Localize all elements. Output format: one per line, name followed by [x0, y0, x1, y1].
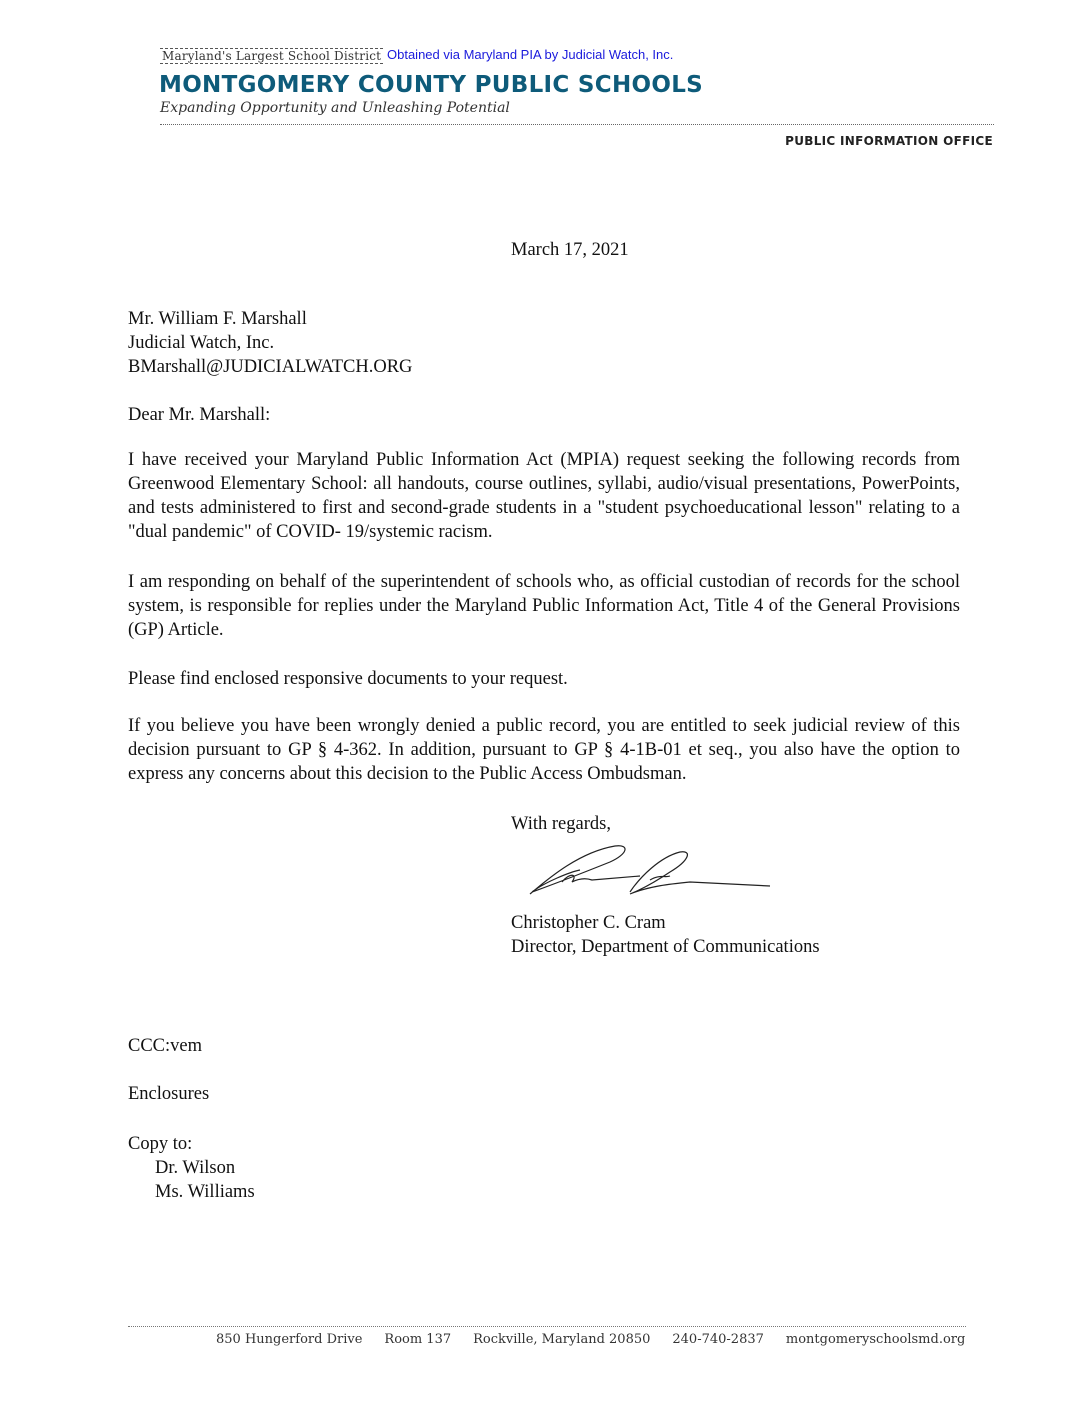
office-name: PUBLIC INFORMATION OFFICE: [785, 134, 993, 148]
enclosures: Enclosures: [128, 1082, 209, 1106]
watermark-text: Obtained via Maryland PIA by Judicial Wa…: [387, 47, 673, 62]
closing: With regards,: [511, 812, 611, 836]
paragraph-enclosed: Please find enclosed responsive document…: [128, 667, 960, 691]
recipient-organization: Judicial Watch, Inc.: [128, 331, 412, 355]
slogan: Expanding Opportunity and Unleashing Pot…: [160, 100, 510, 116]
copy-to-label: Copy to:: [128, 1132, 255, 1156]
signature-image: [520, 842, 790, 909]
signer-name: Christopher C. Cram: [511, 911, 820, 935]
paragraph-appeal: If you believe you have been wrongly den…: [128, 714, 960, 786]
paragraph-custodian: I am responding on behalf of the superin…: [128, 570, 960, 642]
district-tagline: Maryland's Largest School District: [160, 48, 383, 64]
footer-phone: 240-740-2837: [672, 1332, 764, 1347]
copy-to-block: Copy to: Dr. Wilson Ms. Williams: [128, 1132, 255, 1204]
recipient-name: Mr. William F. Marshall: [128, 307, 412, 331]
initials: CCC:vem: [128, 1034, 202, 1058]
salutation: Dear Mr. Marshall:: [128, 403, 270, 427]
paragraph-request: I have received your Maryland Public Inf…: [128, 448, 960, 544]
footer-room: Room 137: [384, 1332, 451, 1347]
footer-city: Rockville, Maryland 20850: [473, 1332, 650, 1347]
recipient-address: Mr. William F. Marshall Judicial Watch, …: [128, 307, 412, 379]
recipient-email: BMarshall@JUDICIALWATCH.ORG: [128, 355, 412, 379]
header-divider: [160, 124, 994, 125]
org-name-logo: MONTGOMERY COUNTY PUBLIC SCHOOLS: [159, 71, 703, 99]
footer-address: 850 Hungerford Drive: [216, 1332, 362, 1347]
footer-contact: 850 Hungerford DriveRoom 137Rockville, M…: [216, 1332, 965, 1347]
footer-divider: [128, 1326, 966, 1327]
signer-block: Christopher C. Cram Director, Department…: [511, 911, 820, 959]
footer-website: montgomeryschoolsmd.org: [786, 1332, 965, 1347]
copy-to-recipient: Dr. Wilson: [128, 1156, 255, 1180]
letter-date: March 17, 2021: [511, 238, 629, 262]
copy-to-recipient: Ms. Williams: [128, 1180, 255, 1204]
signer-title: Director, Department of Communications: [511, 935, 820, 959]
